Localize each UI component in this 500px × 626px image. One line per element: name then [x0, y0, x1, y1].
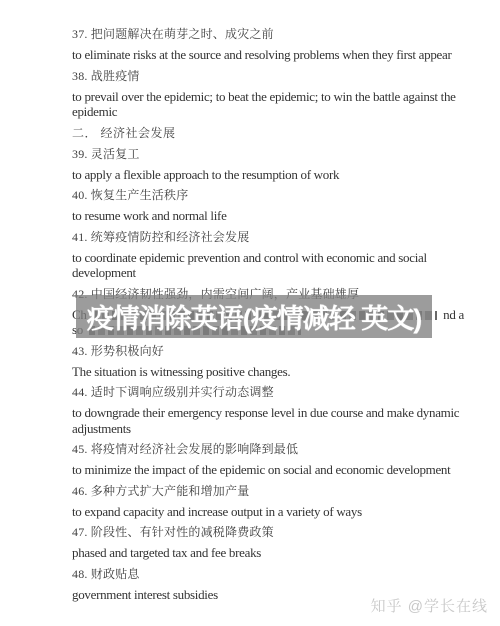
item-zh-line: 39. 灵活复工	[72, 146, 464, 162]
item-en-line: to prevail over the epidemic; to beat th…	[72, 89, 464, 120]
item-en-line: to minimize the impact of the epidemic o…	[72, 462, 464, 478]
item-en-line: to eliminate risks at the source and res…	[72, 47, 464, 63]
item-zh-line: 40. 恢复生产生活秩序	[72, 187, 464, 203]
item-zh-line: 47. 阶段性、有针对性的减税降费政策	[72, 524, 464, 540]
item-zh-line: 43. 形势积极向好	[72, 343, 464, 359]
partial-fragment-end: nd a	[443, 307, 464, 323]
item-zh-line: 44. 适时下调响应级别并实行动态调整	[72, 384, 464, 400]
site-watermark: 知乎 @学长在线	[371, 595, 488, 616]
item-zh-line: 45. 将疫情对经济社会发展的影响降到最低	[72, 441, 464, 457]
watermark-banner: 疫情消除英语(疫情减轻 英文)	[76, 295, 432, 338]
item-en-line: to expand capacity and increase output i…	[72, 504, 464, 520]
item-en-line: to coordinate epidemic prevention and co…	[72, 250, 464, 281]
item-en-line: phased and targeted tax and fee breaks	[72, 545, 464, 561]
item-zh-line: 37. 把问题解决在萌芽之时、成灾之前	[72, 26, 464, 42]
banner-title: 疫情消除英语(疫情减轻 英文)	[87, 297, 421, 336]
item-zh-line: 46. 多种方式扩大产能和增加产量	[72, 483, 464, 499]
item-zh-line: 48. 财政贴息	[72, 566, 464, 582]
item-en-line: to resume work and normal life	[72, 208, 464, 224]
item-zh-line: 41. 统筹疫情防控和经济社会发展	[72, 229, 464, 245]
section-header: 二． 经济社会发展	[72, 125, 464, 141]
item-zh-line: 38. 战胜疫情	[72, 68, 464, 84]
item-en-line: The situation is witnessing positive cha…	[72, 364, 464, 380]
item-en-line: to downgrade their emergency response le…	[72, 405, 464, 436]
document-page: 37. 把问题解决在萌芽之时、成灾之前to eliminate risks at…	[0, 0, 500, 626]
item-en-line: to apply a flexible approach to the resu…	[72, 167, 464, 183]
